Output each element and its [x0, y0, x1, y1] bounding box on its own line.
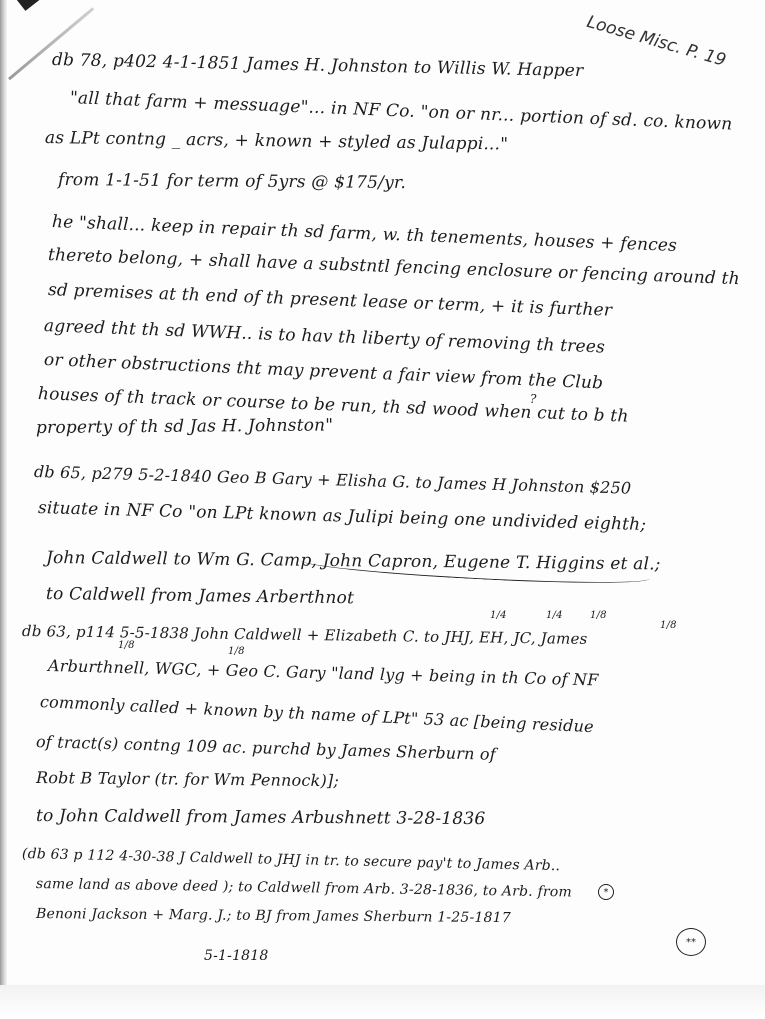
entry-4-line-1: (db 63 p 112 4-30-38 J Caldwell to JHJ i…	[22, 846, 561, 874]
asterisk-mark-2: **	[676, 928, 706, 956]
entry-3-line-2: Arburthnell, WGC, + Geo C. Gary "land ly…	[48, 656, 599, 689]
entry-2-line-4: to Caldwell from James Arberthnot	[46, 584, 354, 608]
entry-2-line-1: db 65, p279 5-2-1840 Geo B Gary + Elisha…	[34, 462, 632, 498]
share-note-4: 1/8	[660, 620, 677, 631]
query-mark: ?	[530, 392, 537, 406]
page-bottom-margin	[0, 985, 765, 1019]
entry-1-line-11: property of th sd Jas H. Johnston"	[36, 415, 333, 438]
entry-1-line-4: from 1-1-51 for term of 5yrs @ $175/yr.	[58, 170, 406, 193]
entry-1-line-3: as LPt contng _ acrs, + known + styled a…	[45, 128, 509, 154]
share-note-5: 1/8	[118, 640, 135, 651]
document-page: Loose Misc. P. 19 db 78, p402 4-1-1851 J…	[0, 0, 765, 1019]
share-note-1: 1/4	[490, 610, 507, 621]
entry-1-line-7: sd premises at th end of th present leas…	[48, 280, 613, 321]
share-note-3: 1/8	[590, 610, 607, 621]
entry-3-line-4: of tract(s) contng 109 ac. purchd by Jam…	[36, 732, 496, 764]
entry-4-line-4: 5-1-1818	[204, 948, 269, 964]
entry-3-line-5: Robt B Taylor (tr. for Wm Pennock)];	[36, 768, 339, 790]
header-note: Loose Misc. P. 19	[584, 12, 728, 71]
share-note-2: 1/4	[546, 610, 563, 621]
entry-3-line-6: to John Caldwell from James Arbushnett 3…	[36, 806, 486, 829]
entry-1-line-1: db 78, p402 4-1-1851 James H. Johnston t…	[52, 50, 584, 81]
entry-4-line-3: Benoni Jackson + Marg. J.; to BJ from Ja…	[36, 906, 511, 926]
share-note-6: 1/8	[228, 646, 245, 657]
page-edge-shadow	[0, 0, 7, 1019]
asterisk-mark-1: *	[598, 884, 614, 900]
entry-1-line-2: "all that farm + messuage"... in NF Co. …	[70, 88, 733, 135]
folded-corner	[0, 0, 144, 11]
entry-1-line-8: agreed tht th sd WWH.. is to hav th libe…	[44, 316, 606, 358]
entry-3-line-1: db 63, p114 5-5-1838 John Caldwell + Eli…	[22, 622, 588, 648]
entry-4-line-2: same land as above deed ); to Caldwell f…	[36, 876, 572, 900]
entry-3-line-3: commonly called + known by th name of LP…	[40, 692, 595, 736]
entry-2-line-2: situate in NF Co "on LPt known as Julipi…	[38, 498, 647, 535]
